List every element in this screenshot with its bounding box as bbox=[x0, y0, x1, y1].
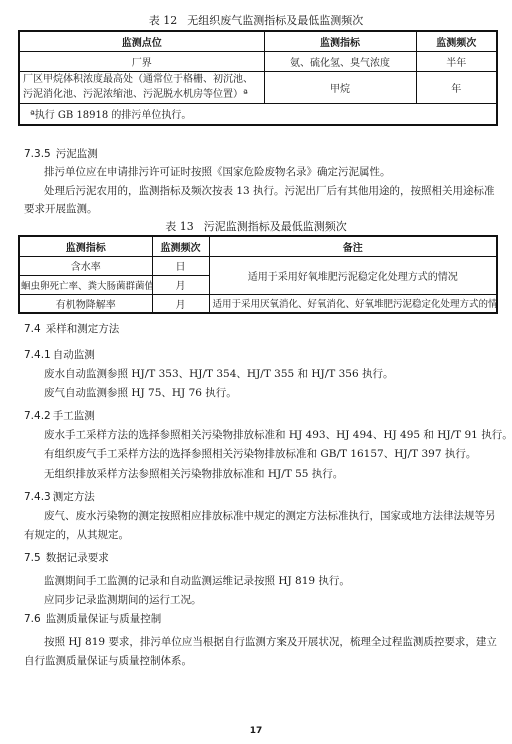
table12-header-location: 监测点位 bbox=[19, 31, 264, 51]
table12-cell-frequency: 半年 bbox=[416, 51, 497, 71]
section-number: 7.4.2 bbox=[24, 410, 51, 422]
page-number: 17 bbox=[0, 726, 512, 736]
paragraph: 有规定的，从其规定。 bbox=[24, 527, 492, 544]
section-title: 测定方法 bbox=[53, 491, 95, 503]
table13-header-note: 备注 bbox=[209, 236, 497, 256]
section-7-4-heading: 7.4采样和测定方法 bbox=[24, 322, 119, 336]
table12-footnote: ª执行 GB 18918 的排污单位执行。 bbox=[19, 103, 497, 125]
table12-cell-indicator: 甲烷 bbox=[264, 71, 416, 103]
section-title: 手工监测 bbox=[53, 410, 95, 422]
table-row: 有机物降解率 月 适用于采用厌氧消化、好氧消化、好氧堆肥污泥稳定化处理方式的情况 bbox=[19, 294, 497, 313]
table12-cell-frequency: 年 bbox=[416, 71, 497, 103]
table12-caption: 表 12无组织废气监测指标及最低监测频次 bbox=[0, 14, 512, 28]
table13-cell-merged-note: 适用于采用好氧堆肥污泥稳定化处理方式的情况 bbox=[209, 256, 497, 294]
table13-cell-indicator: 含水率 bbox=[19, 256, 152, 275]
table12-cell-location: 厂界 bbox=[19, 51, 264, 71]
table12-cell-location: 厂区甲烷体积浓度最高处（通常位于格栅、初沉池、污泥消化池、污泥浓缩池、污泥脱水机… bbox=[19, 71, 264, 103]
paragraph: 监测期间手工监测的记录和自动监测运维记录按照 HJ 819 执行。 bbox=[44, 573, 512, 590]
section-7-3-5-heading: 7.3.5污泥监测 bbox=[24, 147, 98, 161]
section-number: 7.3.5 bbox=[24, 148, 51, 160]
table12-footnote-row: ª执行 GB 18918 的排污单位执行。 bbox=[19, 103, 497, 125]
table12-number: 表 12 bbox=[149, 14, 178, 27]
table-row: 厂区甲烷体积浓度最高处（通常位于格栅、初沉池、污泥消化池、污泥浓缩池、污泥脱水机… bbox=[19, 71, 497, 103]
paragraph: 废水手工采样方法的选择参照相关污染物排放标准和 HJ 493、HJ 494、HJ… bbox=[44, 427, 512, 444]
paragraph: 应同步记录监测期间的运行工况。 bbox=[44, 592, 512, 609]
table12-title: 无组织废气监测指标及最低监测频次 bbox=[187, 14, 363, 27]
section-number: 7.4.1 bbox=[24, 349, 51, 361]
paragraph: 无组织排放采样方法参照相关污染物排放标准和 HJ/T 55 执行。 bbox=[44, 466, 512, 483]
table13-cell-note: 适用于采用厌氧消化、好氧消化、好氧堆肥污泥稳定化处理方式的情况 bbox=[209, 294, 497, 313]
section-title: 监测质量保证与质量控制 bbox=[46, 613, 162, 625]
table12: 监测点位 监测指标 监测频次 厂界 氨、硫化氢、臭气浓度 半年 厂区甲烷体积浓度… bbox=[18, 30, 498, 126]
paragraph: 有组织废气手工采样方法的选择参照相关污染物排放标准和 GB/T 16157、HJ… bbox=[44, 446, 512, 463]
section-7-4-2-heading: 7.4.2手工监测 bbox=[24, 409, 95, 423]
table13-cell-indicator: 蛔虫卵死亡率、粪大肠菌群菌值 bbox=[19, 275, 152, 294]
table13-cell-frequency: 月 bbox=[152, 294, 209, 313]
paragraph: 处理后污泥农用的，监测指标及频次按表 13 执行。污泥出厂后有其他用途的，按照相… bbox=[44, 183, 512, 200]
table13: 监测指标 监测频次 备注 含水率 日 适用于采用好氧堆肥污泥稳定化处理方式的情况… bbox=[18, 235, 498, 314]
section-number: 7.4.3 bbox=[24, 491, 51, 503]
table-row: 厂界 氨、硫化氢、臭气浓度 半年 bbox=[19, 51, 497, 71]
table13-header-row: 监测指标 监测频次 备注 bbox=[19, 236, 497, 256]
table-row: 含水率 日 适用于采用好氧堆肥污泥稳定化处理方式的情况 bbox=[19, 256, 497, 275]
paragraph: 按照 HJ 819 要求，排污单位应当根据自行监测方案及开展状况，梳理全过程监测… bbox=[44, 634, 512, 651]
section-7-4-1-heading: 7.4.1自动监测 bbox=[24, 348, 95, 362]
section-7-4-3-heading: 7.4.3测定方法 bbox=[24, 490, 95, 504]
table13-number: 表 13 bbox=[165, 220, 194, 233]
table13-header-indicator: 监测指标 bbox=[19, 236, 152, 256]
paragraph: 要求开展监测。 bbox=[24, 201, 492, 218]
paragraph: 排污单位应在申请排污许可证时按照《国家危险废物名录》确定污泥属性。 bbox=[44, 164, 512, 181]
table13-header-frequency: 监测频次 bbox=[152, 236, 209, 256]
section-number: 7.6 bbox=[24, 613, 41, 625]
table13-cell-frequency: 日 bbox=[152, 256, 209, 275]
table13-cell-indicator: 有机物降解率 bbox=[19, 294, 152, 313]
section-title: 采样和测定方法 bbox=[46, 323, 120, 335]
table13-cell-frequency: 月 bbox=[152, 275, 209, 294]
section-number: 7.4 bbox=[24, 323, 41, 335]
section-title: 数据记录要求 bbox=[46, 552, 109, 564]
table12-header-row: 监测点位 监测指标 监测频次 bbox=[19, 31, 497, 51]
section-7-5-heading: 7.5数据记录要求 bbox=[24, 551, 109, 565]
paragraph: 废气、废水污染物的测定按照相应排放标准中规定的测定方法标准执行，国家或地方法律法… bbox=[44, 508, 512, 525]
table13-title: 污泥监测指标及最低监测频次 bbox=[204, 220, 347, 233]
paragraph: 废水自动监测参照 HJ/T 353、HJ/T 354、HJ/T 355 和 HJ… bbox=[44, 366, 512, 383]
section-7-6-heading: 7.6监测质量保证与质量控制 bbox=[24, 612, 161, 626]
table12-header-frequency: 监测频次 bbox=[416, 31, 497, 51]
table12-header-indicator: 监测指标 bbox=[264, 31, 416, 51]
section-number: 7.5 bbox=[24, 552, 41, 564]
table12-cell-indicator: 氨、硫化氢、臭气浓度 bbox=[264, 51, 416, 71]
section-title: 污泥监测 bbox=[56, 148, 98, 160]
paragraph: 废气自动监测参照 HJ 75、HJ 76 执行。 bbox=[44, 385, 512, 402]
section-title: 自动监测 bbox=[53, 349, 95, 361]
table13-caption: 表 13污泥监测指标及最低监测频次 bbox=[0, 220, 512, 234]
paragraph: 自行监测质量保证与质量控制体系。 bbox=[24, 653, 492, 670]
